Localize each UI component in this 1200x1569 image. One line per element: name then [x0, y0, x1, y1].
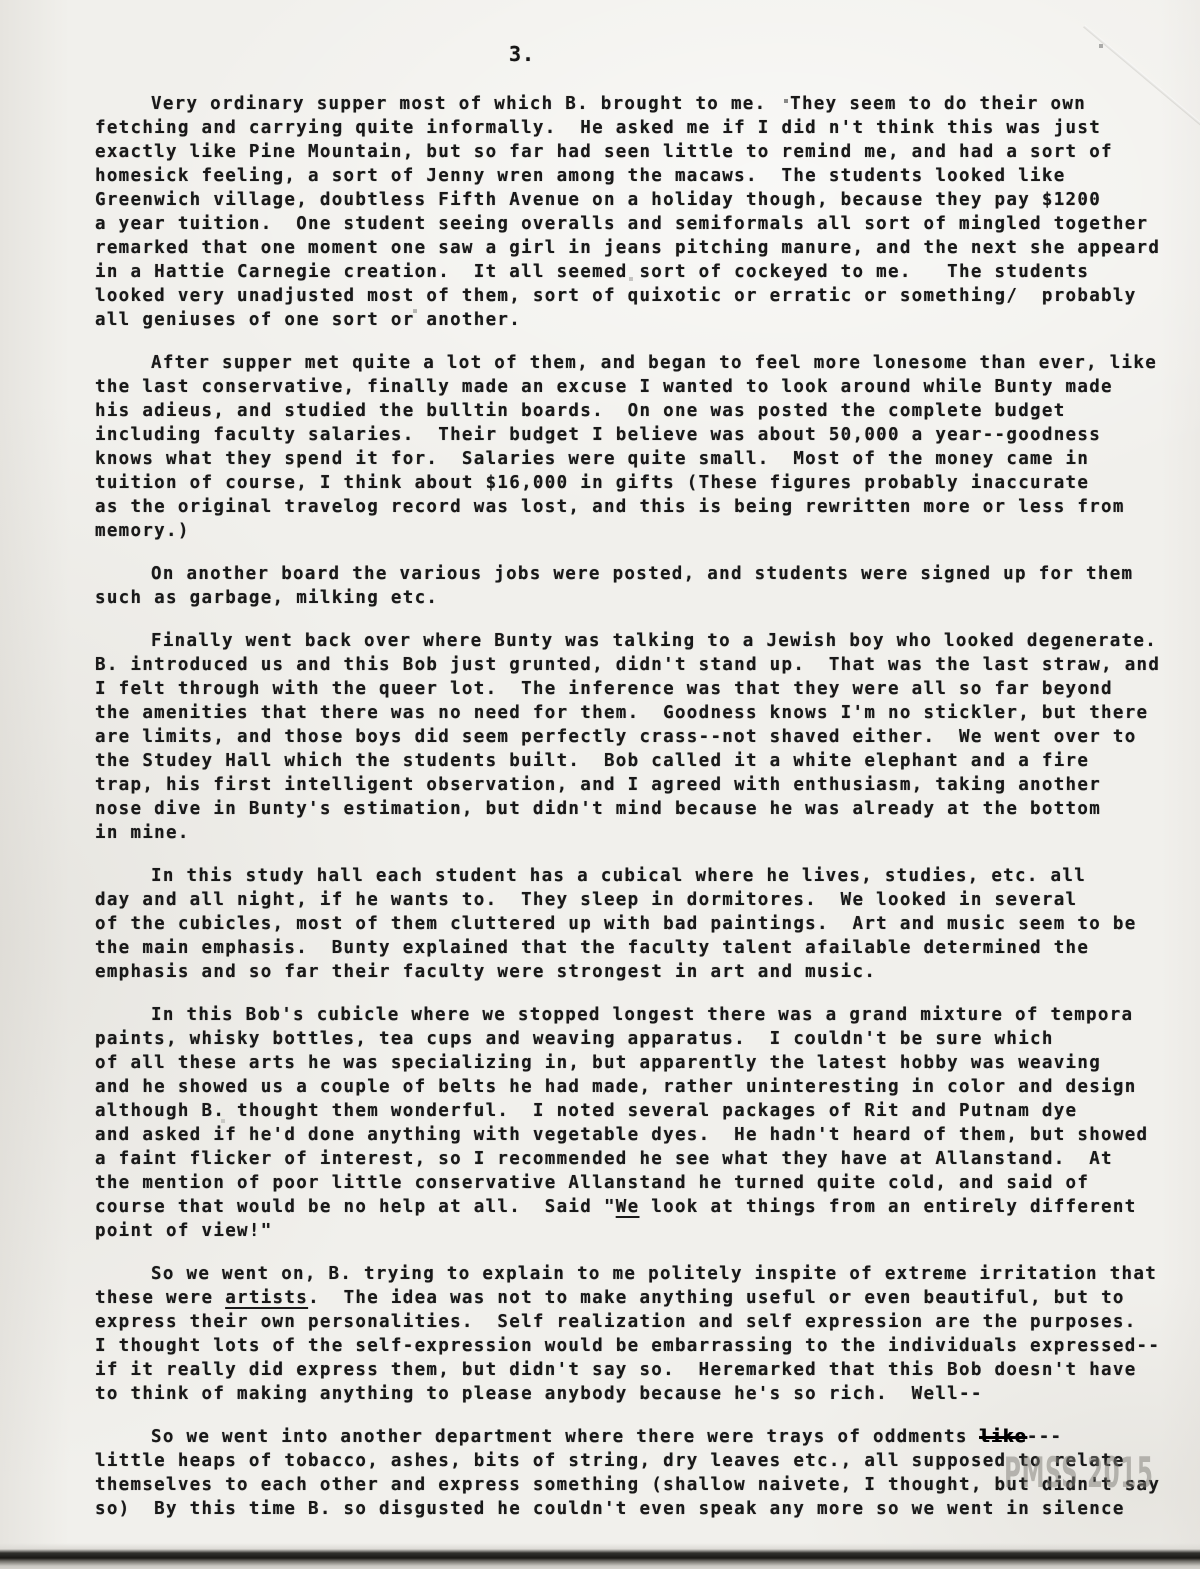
paragraph-bobs-cubicle: In this Bob's cubicle where we stopped l… [95, 1003, 1197, 1243]
paragraph-jobs-board: On another board the various jobs were p… [95, 562, 1197, 610]
paragraph-study-hall: In this study hall each student has a cu… [95, 864, 1197, 984]
paper-specks [0, 0, 2, 2]
underlined-word-artists: artists [225, 1288, 308, 1308]
paragraph-oddments-text-pre: So we went into another department where… [151, 1427, 980, 1447]
scanned-page: 3. Very ordinary supper most of which B.… [0, 0, 1200, 1569]
page-number: 3. [509, 42, 535, 66]
paragraph-after-supper: After supper met quite a lot of them, an… [95, 351, 1197, 543]
page-bottom-edge [0, 1543, 1200, 1569]
document-body: Very ordinary supper most of which B. br… [95, 92, 1197, 1540]
paragraph-artists: So we went on, B. trying to explain to m… [95, 1262, 1197, 1406]
paragraph-bobs-cubicle-text-pre: In this Bob's cubicle where we stopped l… [95, 1005, 1148, 1217]
paragraph-supper: Very ordinary supper most of which B. br… [95, 92, 1197, 332]
paragraph-bob-intro: Finally went back over where Bunty was t… [95, 629, 1197, 845]
underlined-word-we: We [616, 1197, 640, 1217]
overstruck-word: like [980, 1427, 1027, 1447]
watermark: PMSS 2015 [1004, 1448, 1153, 1497]
